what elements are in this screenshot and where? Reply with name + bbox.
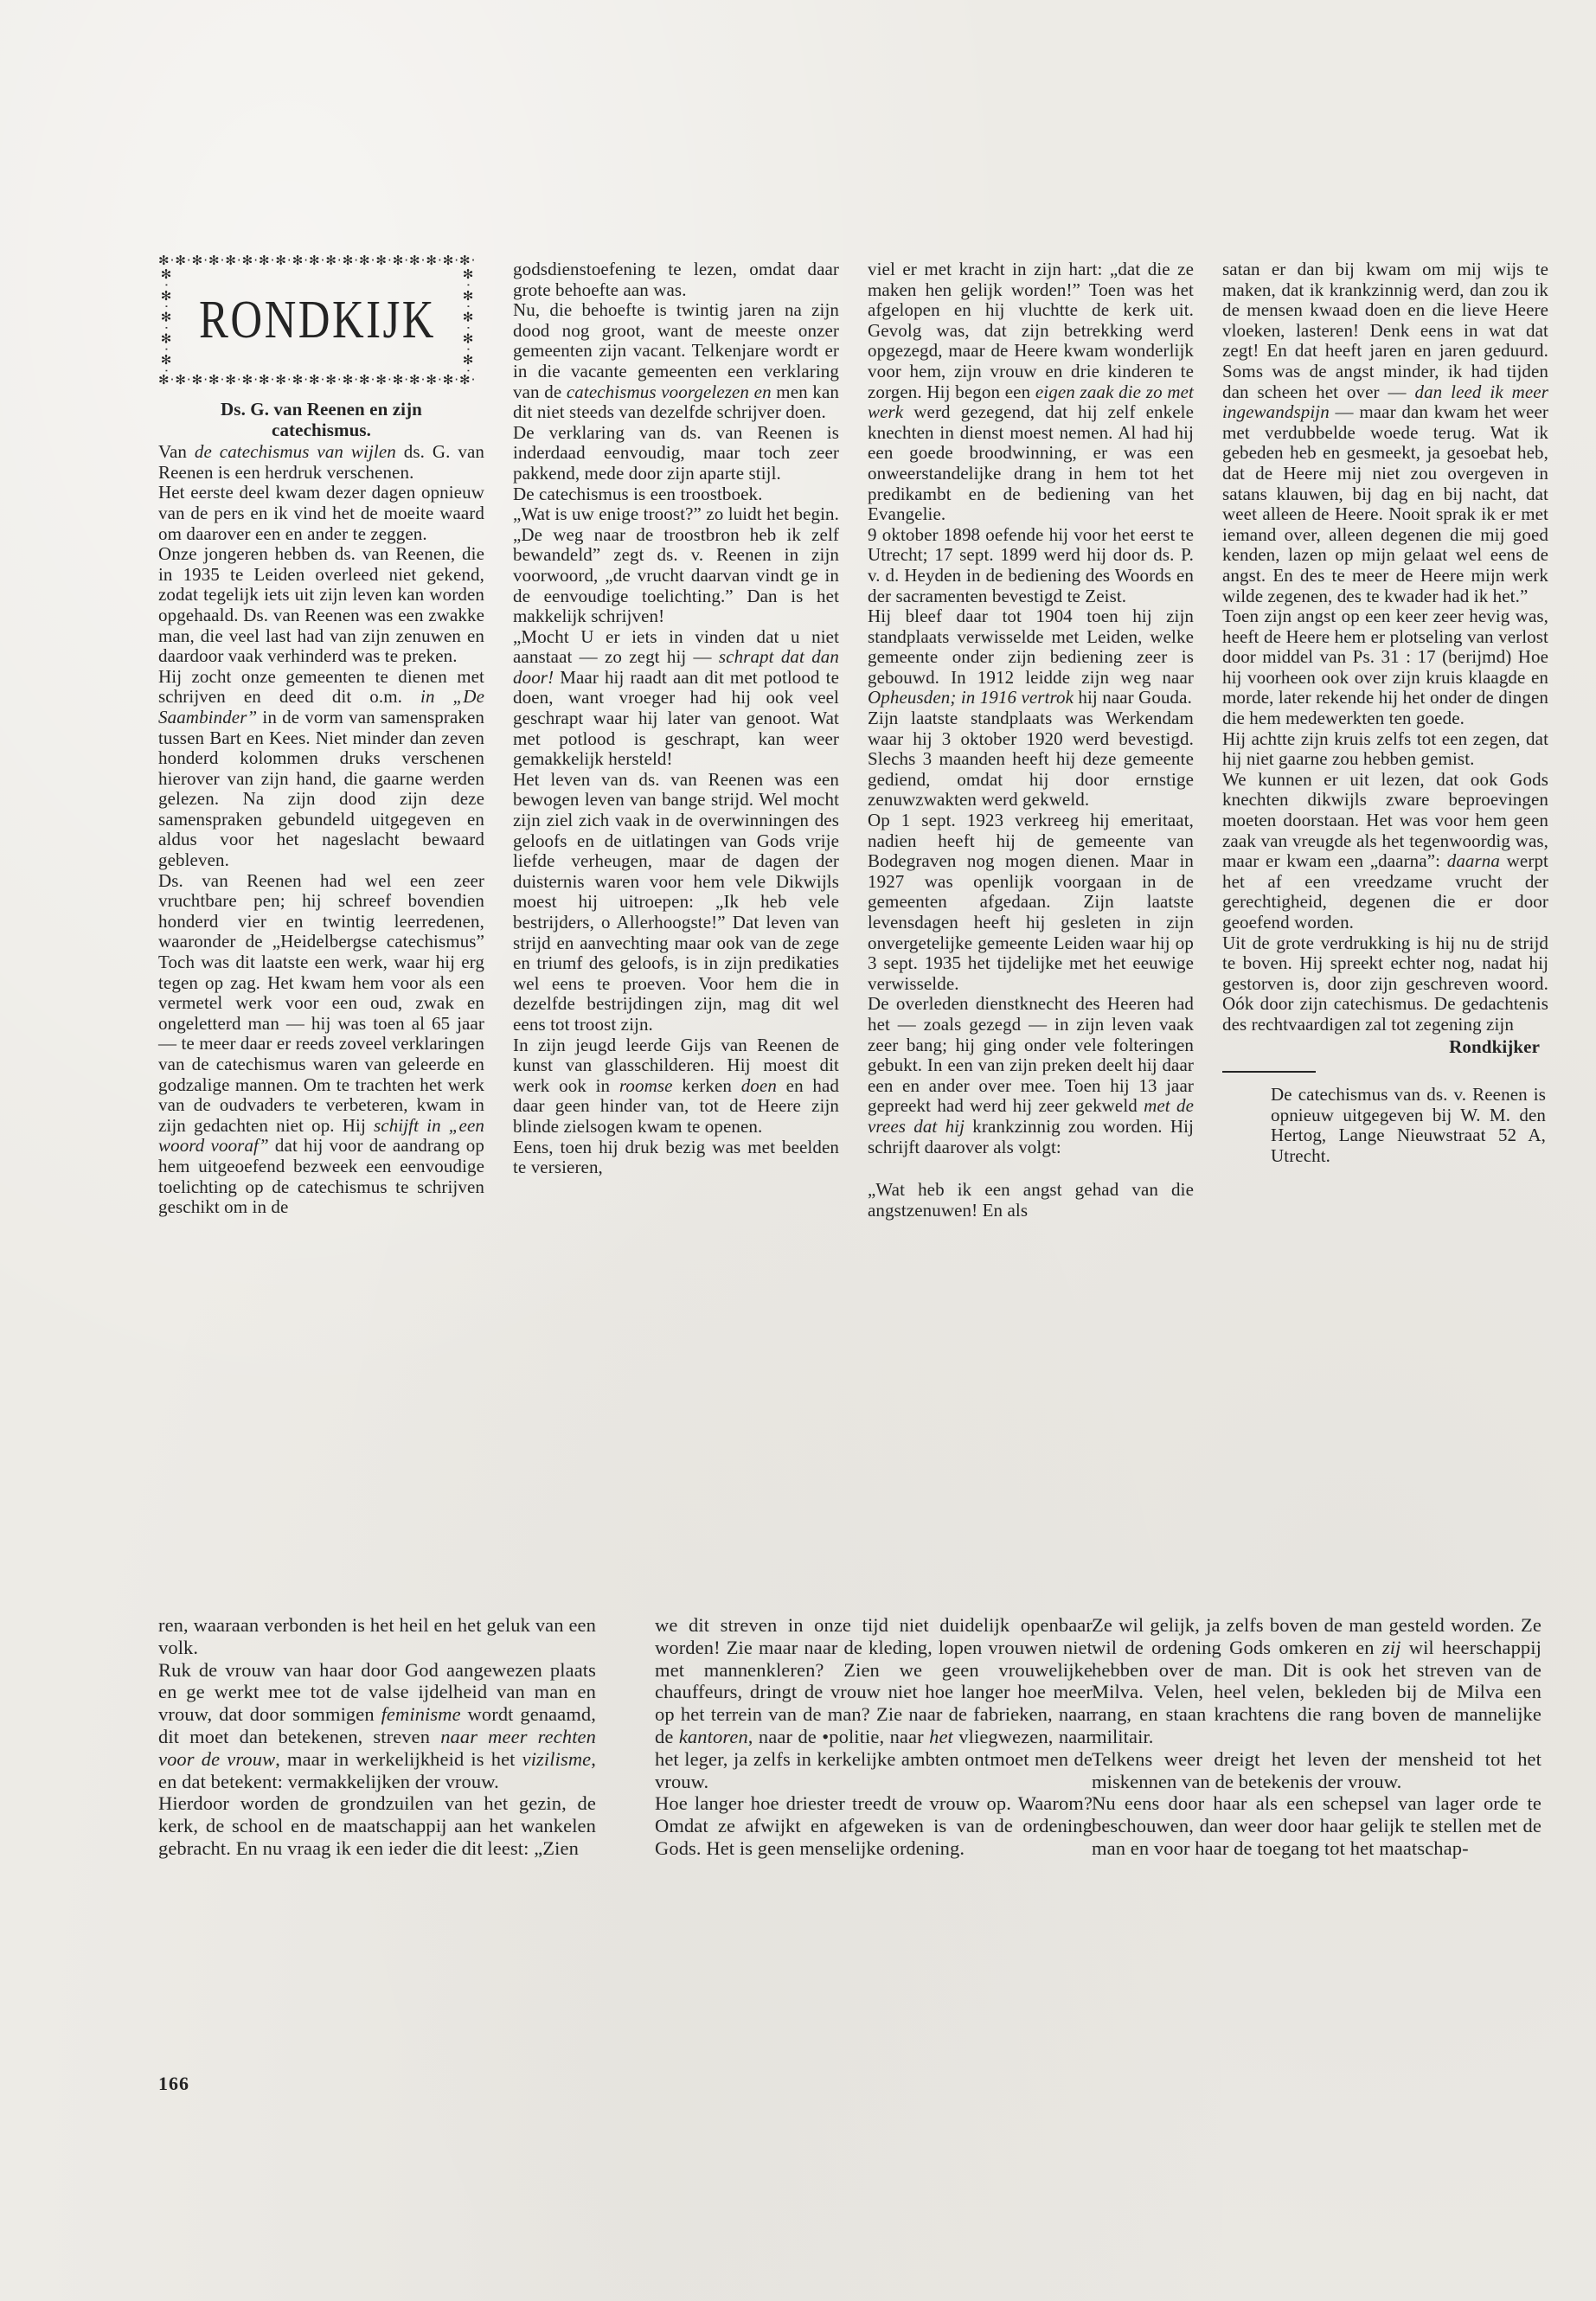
paragraph: De catechismus is een troostboek.: [513, 484, 839, 505]
paragraph: Het leven van ds. van Reenen was een bew…: [513, 770, 839, 1035]
publisher-footnote-text: De catechismus van ds. v. Reenen is opni…: [1271, 1085, 1546, 1166]
paragraph: Hij achtte zijn kruis zelfs tot een zege…: [1222, 729, 1548, 770]
paragraph: viel er met kracht in zijn hart: „dat di…: [868, 260, 1194, 525]
article-heading: Ds. G. van Reenen en zijn catechismus.: [188, 400, 456, 440]
paragraph: Zijn laatste standplaats was Werkendam w…: [868, 708, 1194, 811]
masthead-title-text: RONDKIJK: [199, 290, 436, 351]
article-signature: Rondkijker: [1222, 1037, 1548, 1058]
article-column-4-body: satan er dan bij kwam om mij wijs te mak…: [1222, 260, 1548, 1035]
lower-column-3-body: Ze wil gelijk, ja zelfs boven de man ges…: [1092, 1614, 1542, 1860]
paragraph: 9 oktober 1898 oefende hij voor het eers…: [868, 525, 1194, 606]
paragraph: godsdienstoefening te lezen, omdat daar …: [513, 260, 839, 300]
article-column-3-quote: „Wat heb ik een angst gehad van die angs…: [868, 1180, 1194, 1221]
article-column-1-body: Van de catechismus van wijlen ds. G. van…: [158, 442, 484, 1218]
paragraph: „Mocht U er iets in vinden dat u niet aa…: [513, 627, 839, 770]
paragraph: Ruk de vrouw van haar door God aangeweze…: [158, 1659, 596, 1793]
lower-column-1: ren, waaraan verbonden is het heil en he…: [158, 1614, 596, 1860]
paragraph: Hoe langer hoe driester treedt de vrouw …: [655, 1792, 1093, 1859]
page-number: 166: [158, 2073, 189, 2095]
article-column-1: Ds. G. van Reenen en zijn catechismus. V…: [158, 400, 484, 1218]
paragraph: Op 1 sept. 1923 verkreeg hij emeritaat, …: [868, 811, 1194, 994]
paragraph: Ds. van Reenen had wel een zeer vruchtba…: [158, 871, 484, 1218]
paragraph: „Wat heb ik een angst gehad van die angs…: [868, 1180, 1194, 1221]
lower-column-2-body: we dit streven in onze tijd niet duideli…: [655, 1614, 1093, 1860]
masthead-title: RONDKIJK: [170, 268, 464, 372]
paragraph: Nu eens door haar als een schepsel van l…: [1092, 1792, 1542, 1859]
paragraph: Toen zijn angst op een keer zeer hevig w…: [1222, 606, 1548, 729]
paragraph: ren, waaraan verbonden is het heil en he…: [158, 1614, 596, 1659]
paragraph: De overleden dienstknecht des Heeren had…: [868, 994, 1194, 1157]
article-column-4: satan er dan bij kwam om mij wijs te mak…: [1222, 260, 1548, 1167]
footnote-divider: [1222, 1071, 1316, 1073]
paragraph: „Wat is uw enige troost?” zo luidt het b…: [513, 504, 839, 627]
paragraph: De catechismus van ds. v. Reenen is opni…: [1271, 1085, 1546, 1166]
paragraph: Hij bleef daar tot 1904 toen hij zijn st…: [868, 606, 1194, 708]
masthead-box: ✻·✻·✻·✻·✻·✻·✻·✻·✻·✻·✻·✻·✻·✻·✻·✻·✻·✻·✻·✻·…: [158, 253, 476, 388]
paragraph: We kunnen er uit lezen, dat ook Gods kne…: [1222, 770, 1548, 933]
paragraph: we dit streven in onze tijd niet duideli…: [655, 1614, 1093, 1792]
lower-column-1-body: ren, waaraan verbonden is het heil en he…: [158, 1614, 596, 1860]
paragraph: Van de catechismus van wijlen ds. G. van…: [158, 442, 484, 483]
article-column-2: godsdienstoefening te lezen, omdat daar …: [513, 260, 839, 1178]
paragraph: Onze jongeren hebben ds. van Reenen, die…: [158, 544, 484, 667]
paragraph: Telkens weer dreigt het leven der menshe…: [1092, 1748, 1542, 1793]
ornamental-border-bottom: ✻·✻·✻·✻·✻·✻·✻·✻·✻·✻·✻·✻·✻·✻·✻·✻·✻·✻·✻·✻·…: [158, 372, 476, 388]
scanned-magazine-page: { "page": { "paper_color": "#edebe6", "i…: [0, 0, 1596, 2301]
paragraph: Het eerste deel kwam dezer dagen opnieuw…: [158, 483, 484, 544]
article-column-3-body: viel er met kracht in zijn hart: „dat di…: [868, 260, 1194, 1157]
paragraph: De verklaring van ds. van Reenen is inde…: [513, 423, 839, 484]
lower-column-2: we dit streven in onze tijd niet duideli…: [655, 1614, 1093, 1860]
ornamental-border-top: ✻·✻·✻·✻·✻·✻·✻·✻·✻·✻·✻·✻·✻·✻·✻·✻·✻·✻·✻·✻·…: [158, 253, 476, 268]
paragraph: satan er dan bij kwam om mij wijs te mak…: [1222, 260, 1548, 606]
article-column-3: viel er met kracht in zijn hart: „dat di…: [868, 260, 1194, 1221]
paragraph: In zijn jeugd leerde Gijs van Reenen de …: [513, 1035, 839, 1138]
article-column-2-body: godsdienstoefening te lezen, omdat daar …: [513, 260, 839, 1178]
paragraph: Nu, die behoefte is twintig jaren na zij…: [513, 300, 839, 423]
paragraph: Eens, toen hij druk bezig was met beelde…: [513, 1138, 839, 1178]
paragraph: Ze wil gelijk, ja zelfs boven de man ges…: [1092, 1614, 1542, 1748]
lower-column-3: Ze wil gelijk, ja zelfs boven de man ges…: [1092, 1614, 1542, 1860]
paragraph: Hij zocht onze gemeenten te dienen met s…: [158, 667, 484, 871]
paragraph: Uit de grote verdrukking is hij nu de st…: [1222, 933, 1548, 1035]
publisher-footnote: De catechismus van ds. v. Reenen is opni…: [1271, 1085, 1546, 1166]
paragraph: Hierdoor worden de grondzuilen van het g…: [158, 1792, 596, 1859]
